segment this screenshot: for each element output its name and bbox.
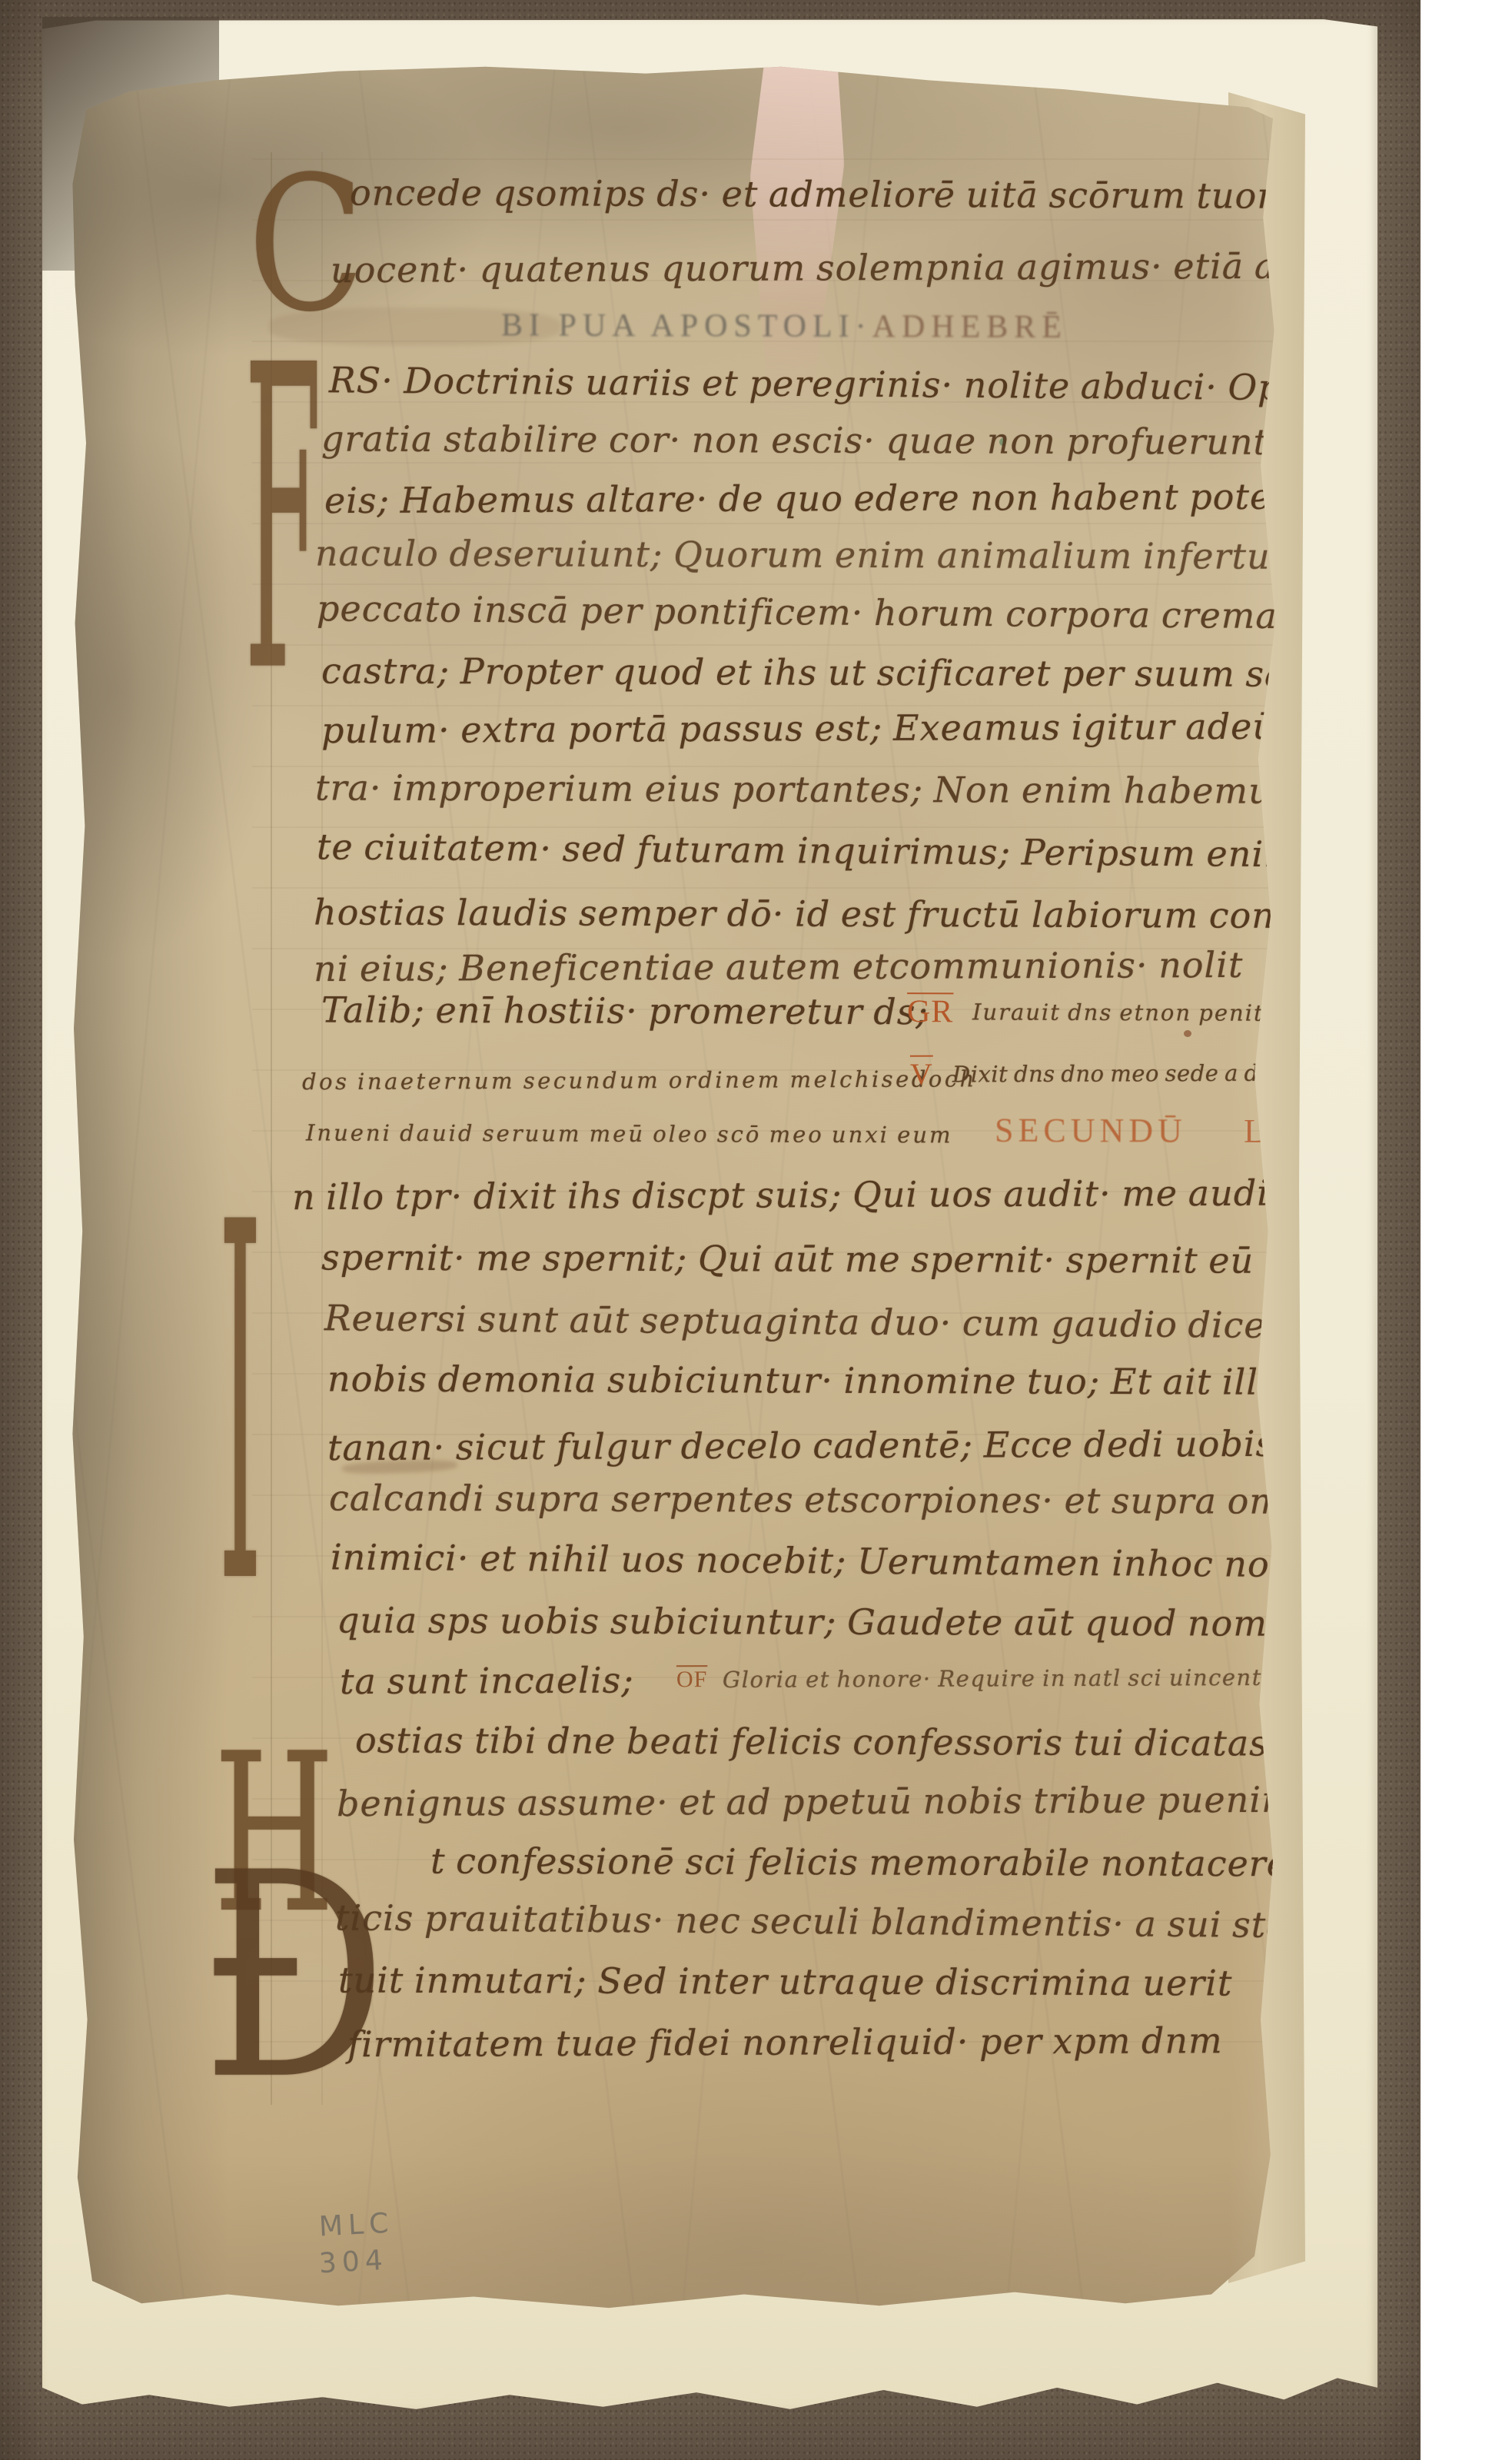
offertory-marker: OF: [676, 1655, 708, 1704]
text-line-18: n illo tpr· dixit ihs discpt suis; Qui u…: [292, 1168, 1407, 1226]
gradual-marker: GR: [907, 987, 954, 1036]
parchment-leaf: C F I H Đ oncede qsomips ds· et admelior…: [68, 60, 1298, 2312]
initial-f: F: [244, 314, 321, 732]
text-line-17: Inueni dauid seruum meū oleo scō meo unx…: [306, 1103, 1421, 1161]
text-line-16: dos inaeternum secundum ordinem melchise…: [302, 1048, 1417, 1106]
text-line-08: peccato inscā per pontificem· horum corp…: [317, 583, 1432, 646]
initial-i: I: [218, 1161, 262, 1653]
text-line-07: naculo deseruiunt; Quorum enim animalium…: [315, 528, 1430, 586]
manuscript-photo: C F I H Đ oncede qsomips ds· et admelior…: [0, 0, 1512, 2460]
shelfmark-pencil-line2: 304: [318, 2245, 389, 2280]
rubric-secundum: SECUNDŪ: [995, 1106, 1187, 1156]
versus-marker: V: [910, 1050, 933, 1099]
text-line-13: hostias laudis semper dō· id est fructū …: [314, 887, 1428, 945]
shelfmark-pencil-line1: MLC: [318, 2207, 394, 2242]
